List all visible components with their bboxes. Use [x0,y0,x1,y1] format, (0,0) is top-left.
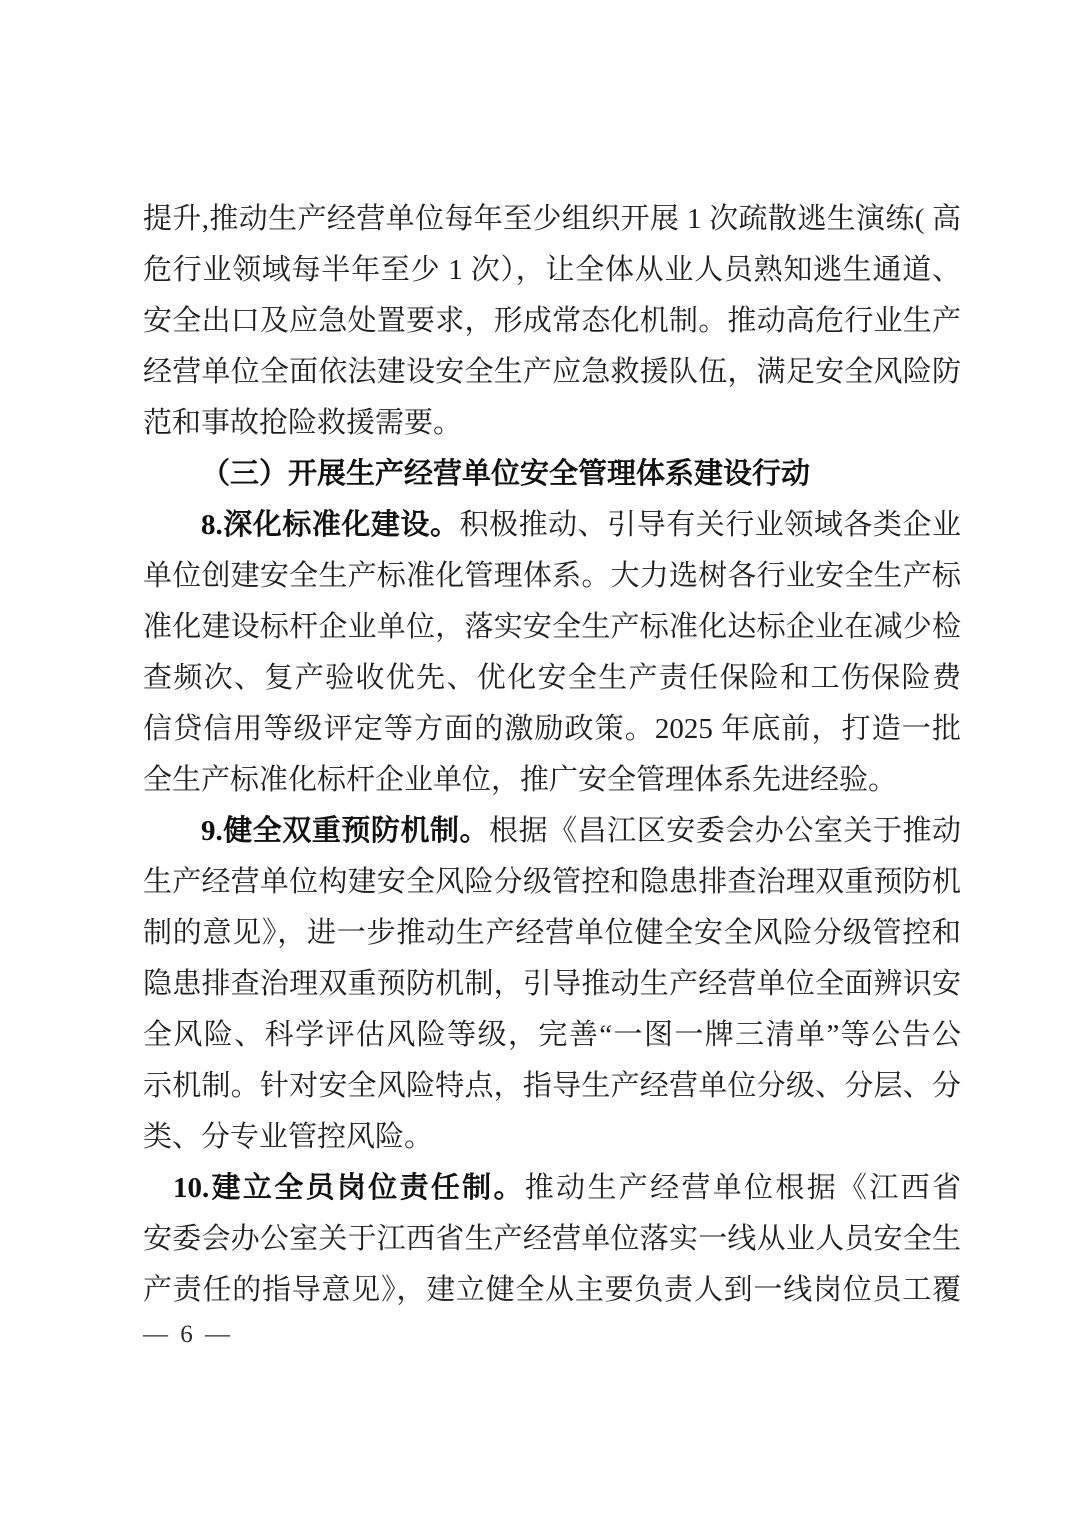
text-line: 提升,推动生产经营单位每年至少组织开展 1 次疏散逃生演练( 高 [143,194,961,245]
text-line: 查频次、复产验收优先、优化安全生产责任保险和工伤保险费率、 [143,653,961,704]
text-segment: 安委会办公室关于江西省生产经营单位落实一线从业人员安全生 [143,1223,961,1255]
text-line: 类、分专业管控风险。 [143,1112,961,1163]
text-segment: 安全出口及应急处置要求，形成常态化机制。推动高危行业生产 [143,305,961,337]
text-segment: 查频次、复产验收优先、优化安全生产责任保险和工伤保险费率、 [143,662,961,704]
text-segment: 提升,推动生产经营单位每年至少组织开展 1 次疏散逃生演练( 高 [143,203,961,235]
text-line: 准化建设标杆企业单位，落实安全生产标准化达标企业在减少检 [143,602,961,653]
text-line: 产责任的指导意见》，建立健全从主要负责人到一线岗位员工覆 [143,1265,961,1316]
text-segment: 制的意见》，进一步推动生产经营单位健全安全风险分级管控和 [143,917,961,949]
text-segment: 单位创建安全生产标准化管理体系。大力选树各行业安全生产标 [143,560,961,592]
text-line: （三）开展生产经营单位安全管理体系建设行动 [143,449,961,500]
text-line: 危行业领域每半年至少 1 次），让全体从业人员熟知逃生通道、 [143,245,961,296]
text-segment: 全生产标准化标杆企业单位，推广安全管理体系先进经验。 [143,764,897,796]
emphasis-segment: 10.建立全员岗位责任制。 [173,1172,525,1204]
emphasis-segment: 9.健全双重预防机制。 [201,815,489,847]
text-segment: 全风险、科学评估风险等级，完善“一图一牌三清单”等公告公 [143,1019,961,1051]
text-line: 单位创建安全生产标准化管理体系。大力选树各行业安全生产标 [143,551,961,602]
text-segment: 生产经营单位构建安全风险分级管控和隐患排查治理双重预防机 [143,866,961,898]
text-segment: 隐患排查治理双重预防机制，引导推动生产经营单位全面辨识安 [143,968,961,1000]
text-line: 全风险、科学评估风险等级，完善“一图一牌三清单”等公告公 [143,1010,961,1061]
text-line: 范和事故抢险救援需要。 [143,398,961,449]
text-segment: 类、分专业管控风险。 [143,1121,433,1153]
text-line: 10.建立全员岗位责任制。推动生产经营单位根据《江西省 [143,1163,961,1214]
page-number: — 6 — [143,1320,230,1350]
text-segment: 根据《昌江区安委会办公室关于推动 [489,815,961,847]
text-line: 隐患排查治理双重预防机制，引导推动生产经营单位全面辨识安 [143,959,961,1010]
text-line: 制的意见》，进一步推动生产经营单位健全安全风险分级管控和 [143,908,961,959]
text-segment: 积极推动、引导有关行业领域各类企业 [460,509,961,541]
text-segment: 范和事故抢险救援需要。 [143,407,462,439]
text-segment: 推动生产经营单位根据《江西省 [525,1172,961,1204]
text-segment: 危行业领域每半年至少 1 次），让全体从业人员熟知逃生通道、 [143,254,961,286]
text-line: 8.深化标准化建设。积极推动、引导有关行业领域各类企业 [143,500,961,551]
text-segment: 准化建设标杆企业单位，落实安全生产标准化达标企业在减少检 [143,611,961,643]
emphasis-segment: （三）开展生产经营单位安全管理体系建设行动 [201,458,810,490]
text-line: 生产经营单位构建安全风险分级管控和隐患排查治理双重预防机 [143,857,961,908]
emphasis-segment: 8.深化标准化建设。 [201,509,460,541]
text-segment: 经营单位全面依法建设安全生产应急救援队伍，满足安全风险防 [143,356,961,388]
text-line: 全生产标准化标杆企业单位，推广安全管理体系先进经验。 [143,755,961,806]
document-body: 提升,推动生产经营单位每年至少组织开展 1 次疏散逃生演练( 高危行业领域每半年… [143,194,961,1316]
document-page: 提升,推动生产经营单位每年至少组织开展 1 次疏散逃生演练( 高危行业领域每半年… [0,0,1074,1520]
text-line: 安全出口及应急处置要求，形成常态化机制。推动高危行业生产 [143,296,961,347]
text-segment: 产责任的指导意见》，建立健全从主要负责人到一线岗位员工覆 [143,1274,961,1306]
text-line: 经营单位全面依法建设安全生产应急救援队伍，满足安全风险防 [143,347,961,398]
text-line: 示机制。针对安全风险特点，指导生产经营单位分级、分层、分 [143,1061,961,1112]
text-line: 9.健全双重预防机制。根据《昌江区安委会办公室关于推动 [143,806,961,857]
text-segment: 信贷信用等级评定等方面的激励政策。2025 年底前，打造一批安 [143,713,961,755]
text-line: 安委会办公室关于江西省生产经营单位落实一线从业人员安全生 [143,1214,961,1265]
text-line: 信贷信用等级评定等方面的激励政策。2025 年底前，打造一批安 [143,704,961,755]
text-segment: 示机制。针对安全风险特点，指导生产经营单位分级、分层、分 [143,1070,961,1102]
